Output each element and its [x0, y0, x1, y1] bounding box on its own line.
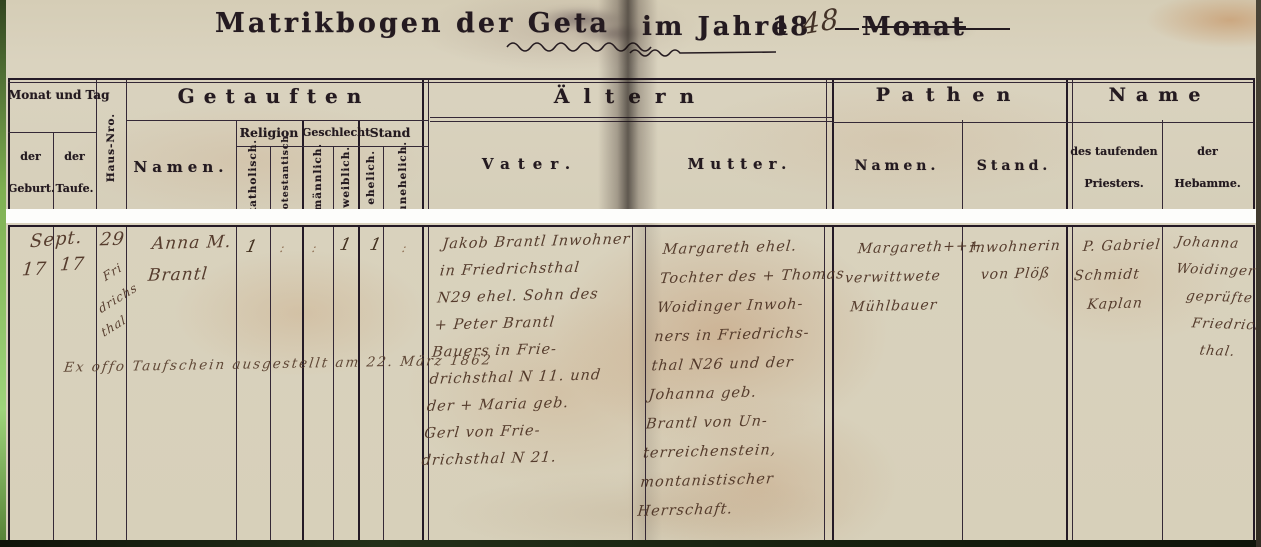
rule-line — [383, 225, 384, 540]
rule-line — [270, 225, 271, 540]
rule-line — [302, 225, 304, 540]
house-place-2: drichs — [96, 280, 139, 316]
subheader-geburt-der: der — [8, 150, 53, 163]
subheader-taufe-der: der — [53, 150, 96, 163]
subheader-maennlich: männlich. — [302, 146, 333, 208]
rule-line — [1253, 78, 1255, 209]
subheader-vater: Vater. — [430, 155, 630, 173]
rule-line — [430, 117, 832, 118]
col-header-name: Name — [1066, 84, 1253, 106]
subheader-pathen-namen: Namen. — [832, 158, 962, 174]
subheader-priester-2: Priesters. — [1066, 177, 1162, 190]
subheader-pathen-stand: Stand. — [962, 158, 1066, 174]
child-name-1: Anna M. — [151, 232, 232, 254]
mark-protestantisch: : — [278, 241, 286, 256]
year-handwritten: 48 — [802, 2, 840, 42]
rule-line — [428, 78, 429, 209]
rule-line — [1066, 122, 1253, 123]
priest-entry: P. Gabriel Schmidt Kaplan — [1070, 231, 1170, 321]
subheader-namen: Namen. — [126, 158, 236, 176]
rule-line — [832, 122, 1066, 123]
subheader-protestantisch: protestantisch. — [270, 146, 302, 208]
mother-entry: Margareth ehel.Tochter des + Thomas Woid… — [636, 231, 849, 527]
subheader-mutter: Mutter. — [650, 155, 830, 173]
scan-edge-left — [0, 0, 6, 547]
subheader-taufe: Taufe. — [53, 182, 96, 195]
rule-line — [126, 225, 127, 540]
col-header-getauften: Getauften — [126, 84, 422, 108]
rule-line — [422, 78, 424, 209]
subheader-priester-1: des taufenden — [1066, 145, 1162, 158]
subheader-ehelich: ehelich. — [358, 146, 383, 208]
scanned-register-page: Matrikbogen der Geta im Jahre 18 48 Mona… — [0, 0, 1261, 547]
rule-line — [53, 225, 54, 540]
rule-line — [422, 225, 424, 540]
father-entry: Jakob Brantl Inwohnerin Friedrichsthal N… — [420, 226, 648, 475]
col-header-haus-nro: Haus-Nro. — [96, 92, 126, 204]
subheader-katholisch: katholisch. — [236, 146, 270, 208]
page-title-left: Matrikbogen der Geta — [215, 8, 610, 39]
rule-line — [8, 225, 10, 540]
record-strip: Sept. 17 17 29 Fri drichs thal Anna M. B… — [0, 223, 1261, 540]
header-strip: Matrikbogen der Geta im Jahre 18 48 Mona… — [0, 0, 1261, 209]
strike-dash-left — [835, 28, 859, 30]
mark-weiblich: 1 — [338, 235, 353, 255]
rule-line — [96, 225, 97, 540]
birth-day: 17 — [21, 259, 48, 281]
mark-ehelich: 1 — [368, 235, 383, 255]
rule-line — [1162, 120, 1163, 209]
col-header-aeltern: Ältern — [430, 84, 832, 108]
month-label: Monat — [862, 12, 966, 42]
child-name-2: Brantl — [147, 264, 209, 286]
rule-line — [358, 225, 360, 540]
mark-unehelich: : — [400, 241, 408, 256]
rule-line — [333, 225, 334, 540]
col-header-pathen: Pathen — [832, 84, 1066, 106]
scan-edge-right — [1256, 0, 1261, 547]
house-place-3: thal — [99, 312, 128, 340]
strike-dash-right — [958, 28, 1010, 30]
rule-line — [8, 82, 1254, 83]
page-title-right: im Jahre — [642, 12, 791, 42]
godparent-name-entry: Margareth+++ verwittwete Mühlbauer — [841, 232, 967, 322]
scan-edge-bottom — [0, 540, 1261, 547]
house-number: 29 — [99, 229, 126, 251]
rule-line — [236, 225, 237, 540]
scan-seam — [0, 209, 1261, 223]
rule-line — [126, 120, 428, 121]
subheader-hebamme-1: der — [1162, 145, 1253, 158]
wavy-underline — [628, 47, 778, 57]
rule-line — [53, 132, 54, 209]
rule-line — [1072, 225, 1073, 540]
rule-line — [430, 121, 832, 122]
subheader-stand: Stand — [358, 125, 422, 140]
subheader-weiblich: weiblich. — [333, 146, 358, 208]
birth-month: Sept. — [30, 227, 83, 253]
rule-line — [8, 78, 1254, 80]
subheader-religion: Religion — [236, 125, 302, 140]
rule-line — [8, 132, 96, 133]
subheader-geburt: Geburt. — [8, 182, 53, 195]
mark-maennlich: : — [310, 241, 318, 256]
mark-katholisch: 1 — [244, 237, 259, 257]
subheader-geschlecht: Geschlecht — [302, 126, 358, 139]
subheader-unehelich: unehelich. — [383, 146, 422, 208]
godparent-status-entry: Inwohnerin von Plöß — [965, 233, 1070, 290]
subheader-hebamme-2: Hebamme. — [1162, 177, 1253, 190]
col-header-monat-und-tag: Monat und Tag — [8, 88, 96, 102]
midwife-entry: Johanna Woidinger geprüfte Friedrichs- t… — [1157, 229, 1261, 366]
house-place-1: Fri — [101, 260, 124, 284]
baptism-day: 17 — [59, 254, 86, 276]
